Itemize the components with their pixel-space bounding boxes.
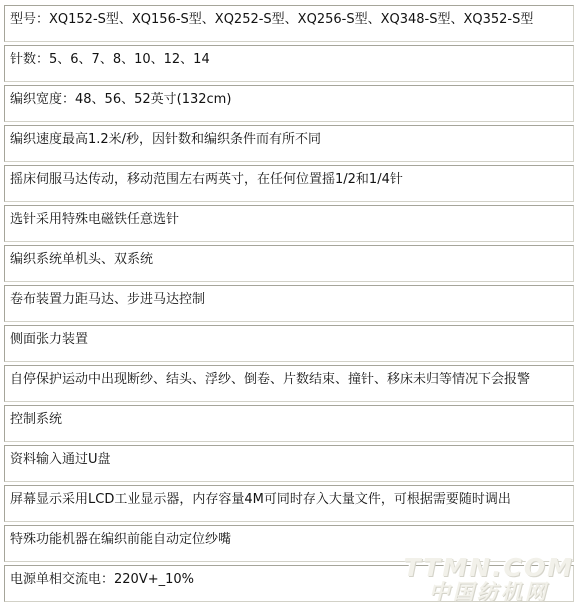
table-row: 资料输入通过U盘 (4, 445, 574, 482)
spec-text: 卷布装置力距马达、步进马达控制 (4, 285, 574, 322)
spec-table-body: 型号：XQ152-S型、XQ156-S型、XQ252-S型、XQ256-S型、X… (4, 5, 574, 602)
table-row: 侧面张力装置 (4, 325, 574, 362)
table-row: 电源单相交流电：220V+_10% (4, 565, 574, 602)
table-row: 屏幕显示采用LCD工业显示器，内存容量4M可同时存入大量文件，可根据需要随时调出 (4, 485, 574, 522)
spec-text: 电源单相交流电：220V+_10% (4, 565, 574, 602)
spec-text: 编织速度最高1.2米/秒，因针数和编织条件而有所不同 (4, 125, 574, 162)
table-row: 型号：XQ152-S型、XQ156-S型、XQ252-S型、XQ256-S型、X… (4, 5, 574, 42)
spec-text: 型号：XQ152-S型、XQ156-S型、XQ252-S型、XQ256-S型、X… (4, 5, 574, 42)
spec-text: 侧面张力装置 (4, 325, 574, 362)
spec-text: 控制系统 (4, 405, 574, 442)
spec-text: 编织系统单机头、双系统 (4, 245, 574, 282)
spec-text: 资料输入通过U盘 (4, 445, 574, 482)
table-row: 编织宽度：48、56、52英寸(132cm) (4, 85, 574, 122)
table-row: 特殊功能机器在编织前能自动定位纱嘴 (4, 525, 574, 562)
table-row: 自停保护运动中出现断纱、结头、浮纱、倒卷、片数结束、撞针、移床未归等情况下会报警 (4, 365, 574, 402)
spec-table: 型号：XQ152-S型、XQ156-S型、XQ252-S型、XQ256-S型、X… (4, 2, 574, 605)
spec-text: 针数：5、6、7、8、10、12、14 (4, 45, 574, 82)
table-row: 针数：5、6、7、8、10、12、14 (4, 45, 574, 82)
table-row: 摇床伺服马达传动，移动范围左右两英寸，在任何位置摇1/2和1/4针 (4, 165, 574, 202)
table-row: 选针采用特殊电磁铁任意选针 (4, 205, 574, 242)
table-row: 卷布装置力距马达、步进马达控制 (4, 285, 574, 322)
spec-text: 选针采用特殊电磁铁任意选针 (4, 205, 574, 242)
spec-text: 特殊功能机器在编织前能自动定位纱嘴 (4, 525, 574, 562)
spec-text: 屏幕显示采用LCD工业显示器，内存容量4M可同时存入大量文件，可根据需要随时调出 (4, 485, 574, 522)
spec-text: 摇床伺服马达传动，移动范围左右两英寸，在任何位置摇1/2和1/4针 (4, 165, 574, 202)
spec-text: 自停保护运动中出现断纱、结头、浮纱、倒卷、片数结束、撞针、移床未归等情况下会报警 (4, 365, 574, 402)
table-row: 控制系统 (4, 405, 574, 442)
spec-text: 编织宽度：48、56、52英寸(132cm) (4, 85, 574, 122)
table-row: 编织速度最高1.2米/秒，因针数和编织条件而有所不同 (4, 125, 574, 162)
table-row: 编织系统单机头、双系统 (4, 245, 574, 282)
